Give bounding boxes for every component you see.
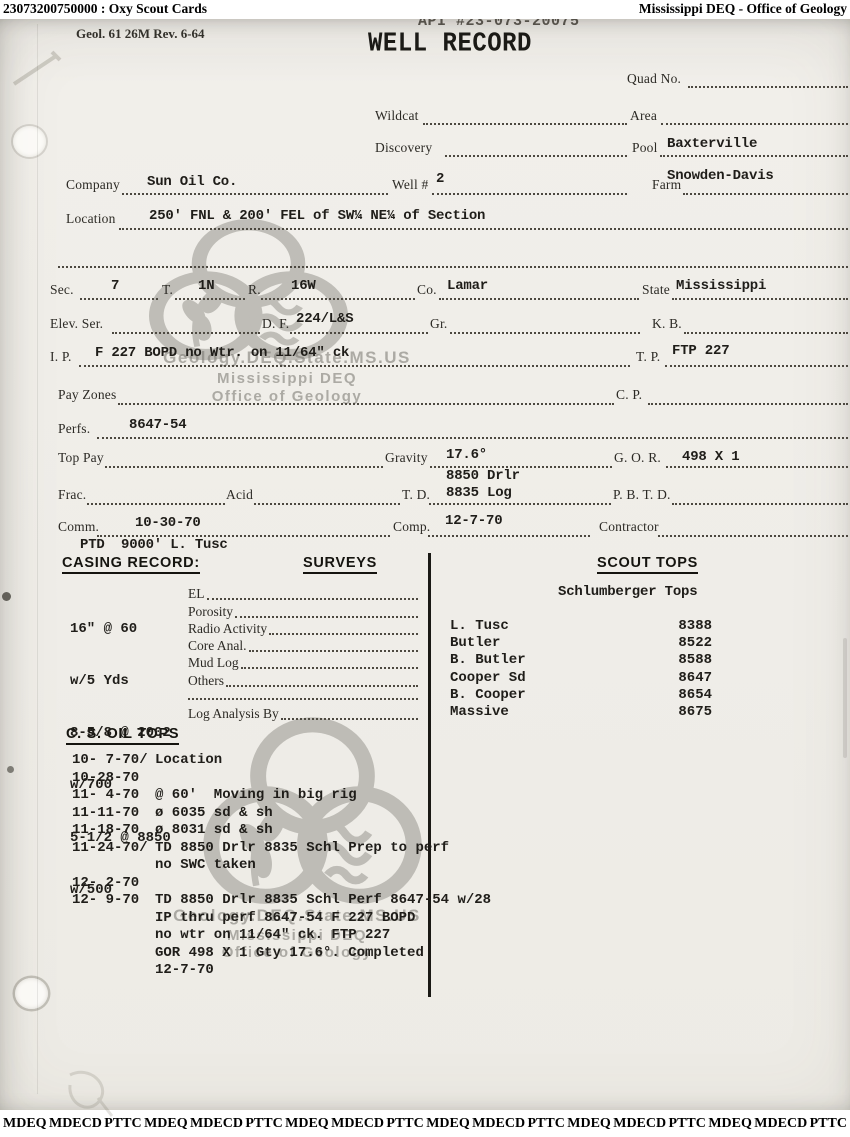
dotted-line: [79, 363, 630, 367]
dotted-line: [118, 401, 614, 405]
log-text: ø 8031 sd & sh: [155, 822, 273, 838]
field-area-label: Area: [630, 108, 657, 124]
log-entry: 11-18-70ø 8031 sd & sh: [72, 822, 491, 840]
dotted-line: [226, 685, 418, 687]
footer-item: MDEQ: [426, 1116, 470, 1132]
dotted-line: [119, 226, 848, 230]
dotted-line: [254, 501, 400, 505]
field-farm-value: Snowden-Davis: [667, 168, 774, 184]
formation-depth: 8675: [678, 704, 712, 721]
dotted-line: [672, 501, 848, 505]
dotted-line: [235, 616, 418, 618]
survey-row: Porosity: [188, 602, 418, 619]
scan-artifact-smudge: [60, 1060, 120, 1120]
field-comp-label: Comp.: [393, 519, 430, 535]
field-elev-ser-label: Elev. Ser.: [50, 316, 103, 332]
dotted-line: [58, 264, 848, 268]
log-entry: no SWC taken: [72, 857, 491, 875]
api-number: API #23-073-20075: [418, 19, 580, 30]
field-company-value: Sun Oil Co.: [147, 174, 237, 190]
field-perfs-value: 8647-54: [129, 417, 186, 433]
log-entry: 11-11-70ø 6035 sd & sh: [72, 805, 491, 823]
field-gravity-value: 17.6°: [446, 447, 487, 463]
survey-label: Porosity: [188, 604, 235, 620]
field-location-value: 250' FNL & 200' FEL of SW¼ NE¼ of Sectio…: [149, 208, 485, 224]
scout-top-row: Butler8522: [450, 635, 712, 652]
log-entry: 10- 7-70/Location: [72, 752, 491, 770]
dotted-line: [684, 330, 848, 334]
log-date: 11-18-70: [72, 822, 155, 838]
field-td-value: 8835 Log: [446, 485, 512, 501]
footer-item: MDECD: [613, 1116, 666, 1132]
scout-top-row: Cooper Sd8647: [450, 670, 712, 687]
log-entry: 12-7-70: [72, 962, 491, 980]
field-gor-label: G. O. R.: [614, 450, 661, 466]
footer-item: MDECD: [190, 1116, 243, 1132]
casing-line: 8-5/8 @ 2002: [70, 725, 171, 742]
footer-item: MDEQ: [3, 1116, 47, 1132]
dotted-line: [290, 330, 428, 334]
field-state-value: Mississippi: [676, 278, 766, 294]
field-ip-value: F 227 BOPD no Wtr. on 11/64" ck: [95, 345, 349, 361]
field-company-label: Company: [66, 177, 120, 193]
agency-name: Mississippi DEQ - Office of Geology: [639, 1, 847, 18]
dotted-line: [241, 667, 418, 669]
scan-artifact-hole-punch: [13, 126, 46, 157]
log-text: TD 8850 Drlr 8835 Schl Perf 8647-54 w/28: [155, 892, 491, 908]
scout-tops-subtitle: Schlumberger Tops: [558, 584, 697, 600]
survey-row: Radio Activity: [188, 620, 418, 637]
dotted-line: [432, 191, 627, 195]
footer-item: MDEQ: [708, 1116, 752, 1132]
dotted-line: [429, 501, 611, 505]
dotted-line: [97, 435, 848, 439]
footer-item: MDECD: [331, 1116, 384, 1132]
form-revision: Geol. 61 26M Rev. 6-64: [76, 26, 205, 42]
field-top-pay-label: Top Pay: [58, 450, 104, 466]
formation-depth: 8654: [678, 687, 712, 704]
log-date: 11- 4-70: [72, 787, 155, 803]
log-date: 10- 7-70/: [72, 752, 155, 768]
dotted-line: [261, 296, 415, 300]
dotted-line: [428, 533, 590, 537]
scout-top-row: Massive8675: [450, 704, 712, 721]
survey-row-blank: [188, 689, 418, 702]
dotted-line: [661, 121, 848, 125]
dotted-line: [281, 718, 418, 720]
field-county-label: Co.: [417, 282, 437, 298]
formation-name: Massive: [450, 704, 509, 721]
dotted-line: [269, 633, 418, 635]
field-range-value: 16W: [291, 278, 316, 294]
scout-top-row: L. Tusc8388: [450, 618, 712, 635]
dotted-line: [660, 153, 848, 157]
dotted-line: [175, 296, 245, 300]
section-casing-record-title: CASING RECORD:: [62, 555, 200, 574]
survey-label: Radio Activity: [188, 621, 269, 637]
field-well-no-label: Well #: [392, 177, 428, 193]
footer-item: PTTC: [669, 1116, 706, 1132]
surveys-list: EL Porosity Radio Activity Core Anal. Mu…: [188, 585, 418, 722]
log-date: 11-11-70: [72, 805, 155, 821]
field-state-label: State: [642, 282, 670, 298]
survey-row: Log Analysis By: [188, 702, 418, 722]
log-entry: IP thru perf 8647-54 F 227 BOPD: [72, 910, 491, 928]
log-entry: 12- 2-70: [72, 875, 491, 893]
viewer-footer: MDEQ MDECD PTTC MDEQ MDECD PTTC MDEQ MDE…: [0, 1116, 850, 1132]
log-text: ø 6035 sd & sh: [155, 805, 273, 821]
log-text: IP thru perf 8647-54 F 227 BOPD: [155, 910, 415, 926]
scan-artifact-fold-line: [37, 24, 38, 1094]
footer-item: MDECD: [472, 1116, 525, 1132]
dotted-line: [423, 121, 627, 125]
scout-top-row: B. Butler8588: [450, 652, 712, 669]
dotted-line: [450, 330, 640, 334]
log-date: 12- 9-70: [72, 892, 155, 908]
field-pay-zones-label: Pay Zones: [58, 387, 116, 403]
scout-top-row: B. Cooper8654: [450, 687, 712, 704]
log-date: 11-24-70/: [72, 840, 155, 856]
log-entry: 12- 9-70TD 8850 Drlr 8835 Schl Perf 8647…: [72, 892, 491, 910]
field-df-label: D. F.: [262, 316, 289, 332]
field-location-label: Location: [66, 211, 116, 227]
casing-line: w/5 Yds: [70, 673, 171, 690]
survey-label: Core Anal.: [188, 638, 249, 654]
dotted-line: [665, 363, 848, 367]
ptd-note: PTD 9000' L. Tusc: [80, 537, 228, 553]
formation-depth: 8647: [678, 670, 712, 687]
log-date: 12- 2-70: [72, 875, 155, 891]
field-pool-value: Baxterville: [667, 136, 757, 152]
dotted-line: [87, 501, 225, 505]
field-ip-label: I. P.: [50, 349, 72, 365]
dotted-line: [105, 464, 383, 468]
scan-artifact-streak: [843, 638, 847, 758]
field-td-value-above: 8850 Drlr: [446, 468, 520, 484]
field-gravity-label: Gravity: [385, 450, 428, 466]
dotted-line: [672, 296, 848, 300]
dotted-line: [207, 598, 419, 600]
dotted-line: [188, 698, 418, 700]
log-date: 10-28-70: [72, 770, 155, 786]
log-text: TD 8850 Drlr 8835 Schl Prep to perf: [155, 840, 449, 856]
casing-line: 16" @ 60: [70, 621, 171, 638]
form-title: WELL RECORD: [350, 30, 550, 60]
footer-item: MDEQ: [567, 1116, 611, 1132]
survey-label: Log Analysis By: [188, 706, 281, 722]
dotted-line: [688, 84, 848, 88]
log-text: no wtr on 11/64" ck. FTP 227: [155, 927, 390, 943]
field-acid-label: Acid: [226, 487, 253, 503]
dotted-line: [122, 191, 388, 195]
field-comp-value: 12-7-70: [445, 513, 502, 529]
footer-item: PTTC: [527, 1116, 564, 1132]
field-kb-label: K. B.: [652, 316, 682, 332]
field-comm-label: Comm.: [58, 519, 99, 535]
field-cp-label: C. P.: [616, 387, 642, 403]
scan-artifact-speck: [7, 766, 14, 773]
section-scout-tops-title: SCOUT TOPS: [597, 555, 698, 574]
field-wildcat-label: Wildcat: [375, 108, 419, 124]
field-df-value: 224/L&S: [296, 311, 353, 327]
scan-artifact-hole-punch: [15, 978, 48, 1009]
log-entry: GOR 498 X 1 Gty 17.6°. Completed: [72, 945, 491, 963]
formation-depth: 8588: [678, 652, 712, 669]
cs-oil-tops-log: 10- 7-70/Location 10-28-70 11- 4-70@ 60'…: [72, 752, 491, 980]
field-comm-value: 10-30-70: [135, 515, 201, 531]
footer-item: PTTC: [386, 1116, 423, 1132]
footer-item: MDEQ: [144, 1116, 188, 1132]
field-county-value: Lamar: [447, 278, 488, 294]
dotted-line: [658, 533, 848, 537]
scout-tops-table: L. Tusc8388 Butler8522 B. Butler8588 Coo…: [450, 618, 712, 721]
field-township-label: T.: [162, 282, 173, 298]
log-entry: 11-24-70/TD 8850 Drlr 8835 Schl Prep to …: [72, 840, 491, 858]
viewer-header: 23073200750000 : Oxy Scout Cards Mississ…: [0, 0, 850, 19]
survey-row: Core Anal.: [188, 637, 418, 654]
watermark-text-2: Mississippi DEQ: [137, 370, 437, 387]
dotted-line: [445, 153, 627, 157]
document-id: 23073200750000 : Oxy Scout Cards: [3, 1, 207, 18]
section-surveys-title: SURVEYS: [303, 555, 377, 574]
dotted-line: [648, 401, 848, 405]
survey-label: Others: [188, 673, 226, 689]
field-tp-label: T. P.: [636, 349, 660, 365]
formation-name: L. Tusc: [450, 618, 509, 635]
field-sec-value: 7: [111, 278, 119, 294]
field-pbtd-label: P. B. T. D.: [613, 487, 671, 503]
dotted-line: [80, 296, 158, 300]
scan-artifact-scratch: [8, 42, 68, 92]
field-contractor-label: Contractor: [599, 519, 659, 535]
formation-name: B. Cooper: [450, 687, 526, 704]
field-frac-label: Frac.: [58, 487, 86, 503]
footer-item: PTTC: [245, 1116, 282, 1132]
log-text: @ 60' Moving in big rig: [155, 787, 357, 803]
field-td-label: T. D.: [402, 487, 430, 503]
log-text: Location: [155, 752, 222, 768]
survey-row: Mud Log: [188, 654, 418, 671]
footer-item: PTTC: [810, 1116, 847, 1132]
survey-row: Others: [188, 671, 418, 688]
formation-depth: 8388: [678, 618, 712, 635]
formation-depth: 8522: [678, 635, 712, 652]
field-range-label: R.: [248, 282, 261, 298]
dotted-line: [683, 191, 848, 195]
dotted-line: [439, 296, 639, 300]
log-entry: 11- 4-70@ 60' Moving in big rig: [72, 787, 491, 805]
formation-name: B. Butler: [450, 652, 526, 669]
log-text: 12-7-70: [155, 962, 214, 978]
field-discovery-label: Discovery: [375, 140, 432, 156]
scan-artifact-speck: [2, 592, 11, 601]
field-perfs-label: Perfs.: [58, 421, 90, 437]
field-township-value: 1N: [198, 278, 214, 294]
survey-row: EL: [188, 585, 418, 602]
survey-label: EL: [188, 586, 207, 602]
scanned-well-record-page: 23073200750000 : Oxy Scout Cards Mississ…: [0, 0, 850, 1137]
formation-name: Butler: [450, 635, 500, 652]
log-entry: no wtr on 11/64" ck. FTP 227: [72, 927, 491, 945]
field-sec-label: Sec.: [50, 282, 74, 298]
dotted-line: [249, 650, 419, 652]
footer-item: MDECD: [754, 1116, 807, 1132]
survey-label: Mud Log: [188, 655, 241, 671]
log-text: no SWC taken: [155, 857, 256, 873]
log-text: GOR 498 X 1 Gty 17.6°. Completed: [155, 945, 424, 961]
field-quad-no-label: Quad No.: [627, 71, 681, 87]
formation-name: Cooper Sd: [450, 670, 526, 687]
field-well-no-value: 2: [436, 171, 444, 187]
log-entry: 10-28-70: [72, 770, 491, 788]
field-tp-value: FTP 227: [672, 343, 729, 359]
footer-item: MDEQ: [285, 1116, 329, 1132]
field-gr-label: Gr.: [430, 316, 447, 332]
dotted-line: [112, 330, 260, 334]
field-pool-label: Pool: [632, 140, 658, 156]
field-gor-value: 498 X 1: [682, 449, 739, 465]
